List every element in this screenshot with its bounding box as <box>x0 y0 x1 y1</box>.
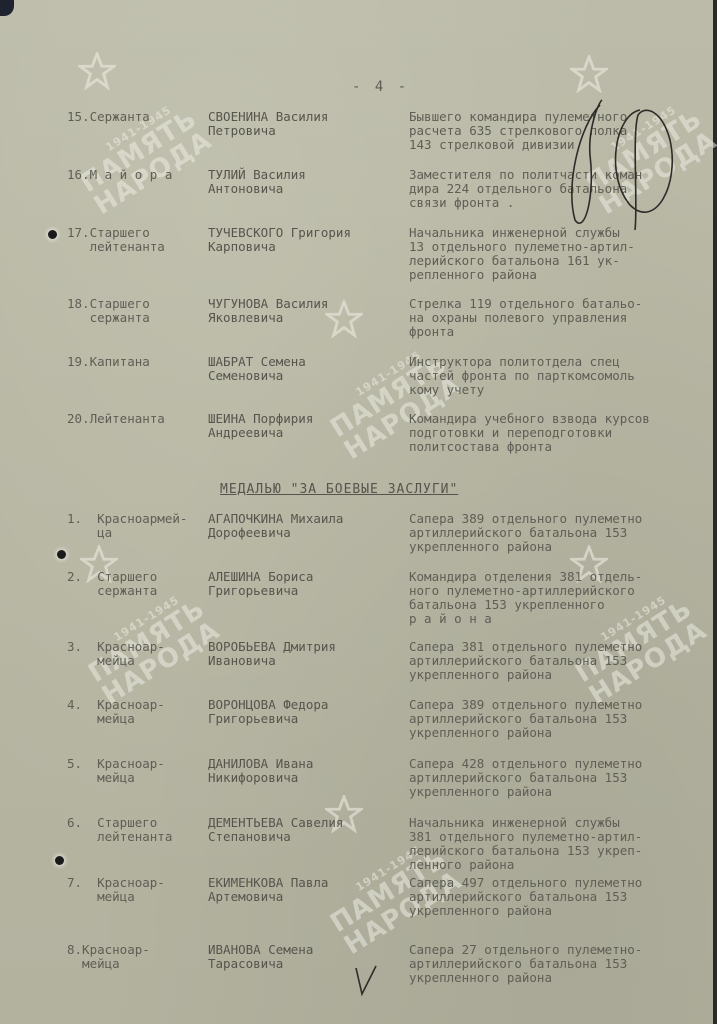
red-army-star-icon <box>325 300 363 338</box>
position-description: Сапера 27 отдельного пулеметно- артиллер… <box>409 943 642 985</box>
person-name: ЕКИМЕНКОВА Павла Артемовича <box>208 876 328 904</box>
position-description: Заместителя по политчасти коман дира 224… <box>409 168 642 210</box>
person-name: ВОРОБЬЕВА Дмитрия Ивановича <box>208 640 336 668</box>
rank-label: 16.М а й о р а <box>67 168 172 182</box>
person-name: АЛЕШИНА Бориса Григорьевича <box>208 570 313 598</box>
rank-label: 8.Красноар- мейца <box>67 943 150 971</box>
rank-label: 1. Красноармей- ца <box>67 512 187 540</box>
punch-hole <box>48 230 57 239</box>
person-name: СВОЕНИНА Василия Петровича <box>208 110 328 138</box>
position-description: Начальника инженерной службы 13 отдельно… <box>409 226 635 282</box>
rank-label: 6. Старшего лейтенанта <box>67 816 172 844</box>
watermark-years: 1941-1945 <box>104 95 189 154</box>
person-name: ДЕМЕНТЬЕВА Савелия Степановича <box>208 816 343 844</box>
punch-hole <box>57 550 66 559</box>
document-page: 1941-1945 ПАМЯТЬ НАРОДА 1941-1945 ПАМЯТЬ… <box>0 0 717 1024</box>
person-name: ТУЧЕВСКОГО Григория Карповича <box>208 226 351 254</box>
position-description: Сапера 389 отдельного пулеметно артиллер… <box>409 698 642 740</box>
person-name: ВОРОНЦОВА Федора Григорьевича <box>208 698 328 726</box>
rank-label: 3. Красноар- мейца <box>67 640 165 668</box>
rank-label: 15.Сержанта <box>67 110 150 124</box>
position-description: Стрелка 119 отдельного батальо- на охран… <box>409 297 642 339</box>
handwritten-check-icon <box>352 960 382 1000</box>
position-description: Сапера 389 отдельного пулеметно артиллер… <box>409 512 642 554</box>
person-name: АГАПОЧКИНА Михаила Дорофеевича <box>208 512 343 540</box>
rank-label: 20.Лейтенанта <box>67 412 165 426</box>
person-name: ШАБРАТ Семена Семеновича <box>208 355 306 383</box>
page-number: - 4 - <box>352 79 409 95</box>
position-description: Инструктора политотдела спец частей фрон… <box>409 355 635 397</box>
position-description: Начальника инженерной службы 381 отдельн… <box>409 816 642 872</box>
section-heading-medal: МЕДАЛЬЮ "ЗА БОЕВЫЕ ЗАСЛУГИ" <box>220 482 458 497</box>
person-name: ДАНИЛОВА Ивана Никифоровича <box>208 757 313 785</box>
position-description: Командира отделения 381 отдель- ного пул… <box>409 570 642 626</box>
punch-hole <box>55 856 64 865</box>
person-name: ШЕИНА Порфирия Андреевича <box>208 412 313 440</box>
rank-label: 19.Капитана <box>67 355 150 369</box>
person-name: ТУЛИЙ Василия Антоновича <box>208 168 306 196</box>
rank-label: 5. Красноар- мейца <box>67 757 165 785</box>
position-description: Сапера 497 отдельного пулеметно артиллер… <box>409 876 642 918</box>
person-name: ЧУГУНОВА Василия Яковлевича <box>208 297 328 325</box>
position-description: Сапера 381 отдельного пулеметно артиллер… <box>409 640 642 682</box>
position-description: Сапера 428 отдельного пулеметно артиллер… <box>409 757 642 799</box>
rank-label: 18.Старшего сержанта <box>67 297 150 325</box>
red-army-star-icon <box>570 55 608 93</box>
rank-label: 2. Старшего сержанта <box>67 570 157 598</box>
rank-label: 17.Старшего лейтенанта <box>67 226 165 254</box>
rank-label: 7. Красноар- мейца <box>67 876 165 904</box>
rank-label: 4. Красноар- мейца <box>67 698 165 726</box>
scan-corner-shadow <box>0 0 14 16</box>
person-name: ИВАНОВА Семена Тарасовича <box>208 943 313 971</box>
position-description: Бывшего командира пулеметного расчета 63… <box>409 110 627 152</box>
red-army-star-icon <box>78 52 116 90</box>
position-description: Командира учебного взвода курсов подгото… <box>409 412 650 454</box>
